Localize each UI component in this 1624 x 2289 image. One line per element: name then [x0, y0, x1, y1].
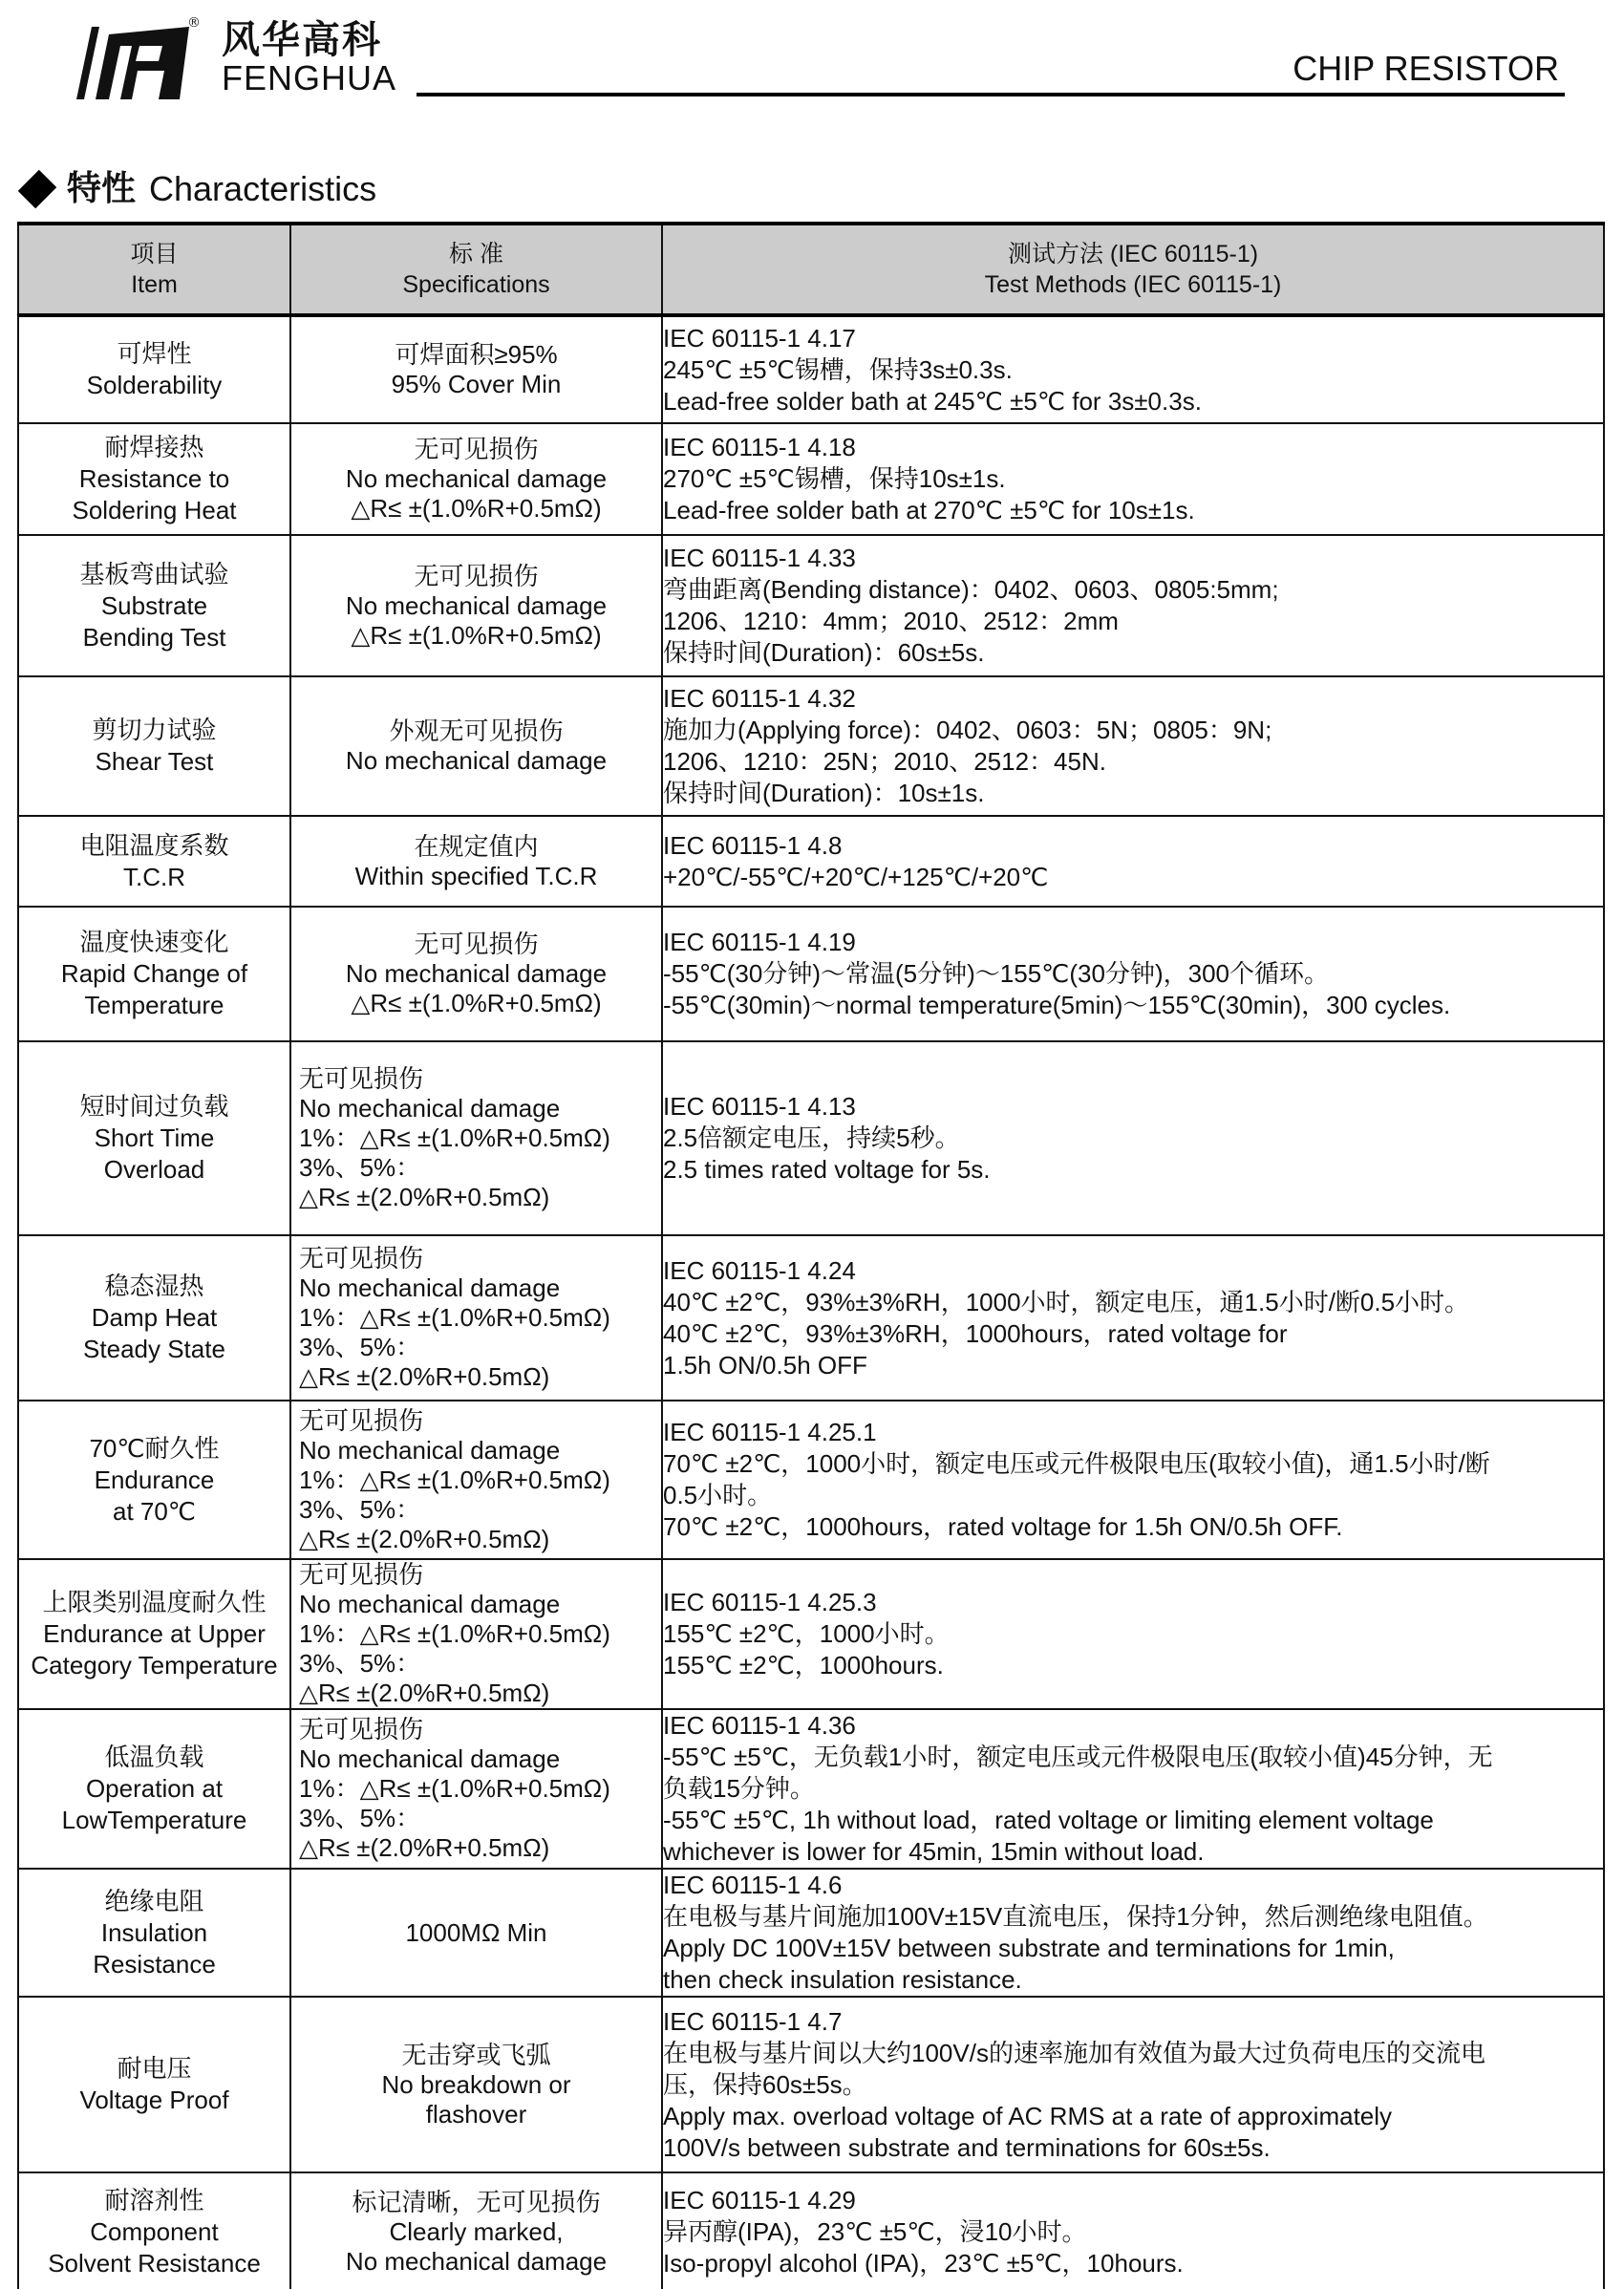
method-cell-line: 270℃ ±5℃锡槽，保持10s±1s. [663, 463, 1603, 495]
method-cell-line: 1206、1210：4mm；2010、2512：2mm [663, 606, 1603, 637]
spec-cell: 标记清晰，无可见损伤Clearly marked,No mechanical d… [290, 2172, 662, 2289]
item-cell: 可焊性Solderability [18, 315, 290, 423]
item-cell-line: 耐焊接热 [19, 432, 289, 463]
item-cell-line: Soldering Heat [19, 495, 289, 526]
spec-cell-line: 外观无可见损伤 [291, 717, 661, 746]
spec-cell: 可焊面积≥95%95% Cover Min [290, 315, 662, 423]
document-type: CHIP RESISTOR [1293, 50, 1559, 88]
spec-cell-line: 在规定值内 [291, 832, 661, 862]
method-cell-line: +20℃/-55℃/+20℃/+125℃/+20℃ [663, 862, 1603, 893]
spec-cell-line: △R≤ ±(2.0%R+0.5mΩ) [299, 1833, 661, 1863]
table-row: 耐电压Voltage Proof无击穿或飞弧No breakdown orfla… [18, 1997, 1604, 2172]
item-cell-line: Rapid Change of [19, 958, 289, 990]
method-cell: IEC 60115-1 4.32施加力(Applying force)：0402… [662, 676, 1604, 816]
spec-cell-line: 标记清晰，无可见损伤 [291, 2188, 661, 2217]
method-cell-line: 弯曲距离(Bending distance)：0402、0603、0805:5m… [663, 574, 1603, 606]
item-cell-line: 剪切力试验 [19, 715, 289, 746]
method-cell-line: 40℃ ±2℃，93%±3%RH，1000小时，额定电压，通1.5小时/断0.5… [663, 1287, 1603, 1318]
spec-cell-line: 无可见损伤 [299, 1406, 661, 1436]
method-cell-line: IEC 60115-1 4.17 [663, 323, 1603, 354]
item-cell-line: Damp Heat [19, 1302, 289, 1334]
method-cell-line: 在电极与基片间以大约100V/s的速率施加有效值为最大过负荷电压的交流电 [663, 2038, 1603, 2069]
item-cell: 耐溶剂性ComponentSolvent Resistance [18, 2172, 290, 2289]
spec-cell: 1000MΩ Min [290, 1869, 662, 1997]
header-divider [417, 93, 1565, 96]
diamond-bullet-icon [18, 170, 56, 208]
item-cell-line: 稳态湿热 [19, 1271, 289, 1302]
method-cell: IEC 60115-1 4.33弯曲距离(Bending distance)：0… [662, 535, 1604, 676]
spec-cell-line: 无击穿或飞弧 [291, 2041, 661, 2070]
spec-cell-line: 3%、5%： [299, 1333, 661, 1362]
method-cell-line: -55℃(30分钟)～常温(5分钟)～155℃(30分钟)，300个循环。 [663, 958, 1603, 990]
item-cell: 剪切力试验Shear Test [18, 676, 290, 816]
spec-cell: 无击穿或飞弧No breakdown orflashover [290, 1997, 662, 2172]
method-cell-line: IEC 60115-1 4.24 [663, 1255, 1603, 1287]
item-cell-line: Operation at [19, 1773, 289, 1805]
method-cell: IEC 60115-1 4.29异丙醇(IPA)，23℃ ±5℃，浸10小时。I… [662, 2172, 1604, 2289]
spec-cell-line: 无可见损伤 [299, 1560, 661, 1590]
method-cell-line: IEC 60115-1 4.8 [663, 830, 1603, 862]
spec-cell-line: Clearly marked, [291, 2217, 661, 2247]
item-cell-line: Resistance to [19, 463, 289, 495]
characteristics-table: 项目 Item 标 准 Specifications 测试方法 (IEC 601… [17, 222, 1605, 2289]
spec-cell: 无可见损伤No mechanical damage1%：△R≤ ±(1.0%R+… [290, 1709, 662, 1869]
column-header-cn: 测试方法 (IEC 60115-1) [663, 239, 1603, 269]
spec-cell-line: No mechanical damage [291, 959, 661, 989]
method-cell-line: Apply max. overload voltage of AC RMS at… [663, 2101, 1603, 2132]
item-cell-line: LowTemperature [19, 1805, 289, 1836]
column-header-en: Item [19, 269, 289, 300]
method-cell: IEC 60115-1 4.36-55℃ ±5℃，无负载1小时，额定电压或元件极… [662, 1709, 1604, 1869]
method-cell: IEC 60115-1 4.6在电极与基片间施加100V±15V直流电压，保持1… [662, 1869, 1604, 1997]
spec-cell-line: 无可见损伤 [299, 1244, 661, 1273]
method-cell: IEC 60115-1 4.25.3155℃ ±2℃，1000小时。155℃ ±… [662, 1559, 1604, 1709]
spec-cell: 无可见损伤No mechanical damage1%：△R≤ ±(1.0%R+… [290, 1401, 662, 1559]
method-cell-line: IEC 60115-1 4.7 [663, 2006, 1603, 2038]
method-cell-line: -55℃ ±5℃，无负载1小时，额定电压或元件极限电压(取较小值)45分钟，无 [663, 1742, 1603, 1773]
table-row: 温度快速变化Rapid Change ofTemperature无可见损伤No … [18, 907, 1604, 1041]
item-cell: 短时间过负载Short TimeOverload [18, 1041, 290, 1235]
table-header-row: 项目 Item 标 准 Specifications 测试方法 (IEC 601… [18, 224, 1604, 315]
item-cell-line: at 70℃ [19, 1496, 289, 1528]
column-header-cn: 标 准 [291, 239, 661, 269]
spec-cell-line: 1%：△R≤ ±(1.0%R+0.5mΩ) [299, 1303, 661, 1333]
section-title: 特性 Characteristics [17, 167, 376, 211]
method-cell-line: 在电极与基片间施加100V±15V直流电压，保持1分钟，然后测绝缘电阻值。 [663, 1901, 1603, 1933]
spec-cell-line: No mechanical damage [291, 2247, 661, 2277]
method-cell-line: IEC 60115-1 4.25.1 [663, 1417, 1603, 1448]
item-cell-line: 上限类别温度耐久性 [19, 1587, 289, 1618]
item-cell-line: Category Temperature [19, 1650, 289, 1681]
method-cell: IEC 60115-1 4.7在电极与基片间以大约100V/s的速率施加有效值为… [662, 1997, 1604, 2172]
method-cell-line: 100V/s between substrate and termination… [663, 2132, 1603, 2164]
method-cell-line: IEC 60115-1 4.33 [663, 543, 1603, 574]
item-cell-line: 绝缘电阻 [19, 1886, 289, 1917]
spec-cell-line: Within specified T.C.R [291, 862, 661, 891]
item-cell-line: Short Time [19, 1123, 289, 1154]
item-cell: 温度快速变化Rapid Change ofTemperature [18, 907, 290, 1041]
method-cell-line: 155℃ ±2℃，1000小时。 [663, 1618, 1603, 1650]
item-cell-line: Substrate [19, 590, 289, 622]
spec-cell-line: △R≤ ±(2.0%R+0.5mΩ) [299, 1679, 661, 1708]
method-cell: IEC 60115-1 4.25.170℃ ±2℃，1000小时，额定电压或元件… [662, 1401, 1604, 1559]
spec-cell-line: 1%：△R≤ ±(1.0%R+0.5mΩ) [299, 1465, 661, 1495]
spec-cell-line: flashover [291, 2100, 661, 2129]
column-header-item: 项目 Item [18, 224, 290, 315]
spec-cell-line: 无可见损伤 [291, 435, 661, 464]
item-cell-line: 基板弯曲试验 [19, 559, 289, 590]
spec-cell-line: 可焊面积≥95% [291, 340, 661, 370]
method-cell-line: 40℃ ±2℃，93%±3%RH，1000hours，rated voltage… [663, 1318, 1603, 1350]
method-cell-line: IEC 60115-1 4.36 [663, 1710, 1603, 1742]
table-row: 短时间过负载Short TimeOverload无可见损伤No mechanic… [18, 1041, 1604, 1235]
item-cell-line: 可焊性 [19, 338, 289, 370]
method-cell-line: IEC 60115-1 4.13 [663, 1091, 1603, 1123]
item-cell: 低温负载Operation atLowTemperature [18, 1709, 290, 1869]
item-cell-line: Resistance [19, 1949, 289, 1980]
spec-cell-line: 3%、5%： [299, 1153, 661, 1183]
spec-cell-line: 无可见损伤 [299, 1715, 661, 1744]
method-cell: IEC 60115-1 4.17245℃ ±5℃锡槽，保持3s±0.3s.Lea… [662, 315, 1604, 423]
spec-cell-line: No mechanical damage [291, 591, 661, 621]
method-cell-line: 155℃ ±2℃，1000hours. [663, 1650, 1603, 1681]
spec-cell: 在规定值内Within specified T.C.R [290, 816, 662, 907]
method-cell-line: IEC 60115-1 4.29 [663, 2185, 1603, 2216]
item-cell-line: Solderability [19, 370, 289, 401]
table-row: 低温负载Operation atLowTemperature无可见损伤No me… [18, 1709, 1604, 1869]
method-cell-line: then check insulation resistance. [663, 1964, 1603, 1996]
spec-cell-line: No mechanical damage [299, 1094, 661, 1123]
spec-cell: 无可见损伤No mechanical damage1%：△R≤ ±(1.0%R+… [290, 1041, 662, 1235]
spec-cell-line: No mechanical damage [299, 1436, 661, 1465]
item-cell-line: Solvent Resistance [19, 2248, 289, 2279]
spec-cell-line: No mechanical damage [291, 746, 661, 776]
table-row: 基板弯曲试验SubstrateBending Test无可见损伤No mecha… [18, 535, 1604, 676]
table-row: 上限类别温度耐久性Endurance at UpperCategory Temp… [18, 1559, 1604, 1709]
method-cell-line: 施加力(Applying force)：0402、0603：5N；0805：9N… [663, 715, 1603, 746]
table-row: 绝缘电阻InsulationResistance1000MΩ MinIEC 60… [18, 1869, 1604, 1997]
column-header-cn: 项目 [19, 239, 289, 269]
column-header-en: Test Methods (IEC 60115-1) [663, 269, 1603, 300]
item-cell: 上限类别温度耐久性Endurance at UpperCategory Temp… [18, 1559, 290, 1709]
item-cell: 电阻温度系数T.C.R [18, 816, 290, 907]
method-cell-line: 0.5小时。 [663, 1480, 1603, 1511]
table-row: 剪切力试验Shear Test外观无可见损伤No mechanical dama… [18, 676, 1604, 816]
item-cell-line: 低温负载 [19, 1742, 289, 1773]
method-cell-line: -55℃ ±5℃, 1h without load，rated voltage … [663, 1805, 1603, 1836]
method-cell-line: Lead-free solder bath at 270℃ ±5℃ for 10… [663, 495, 1603, 526]
spec-cell-line: 无可见损伤 [291, 930, 661, 959]
spec-cell-line: 1%：△R≤ ±(1.0%R+0.5mΩ) [299, 1619, 661, 1649]
table-row: 稳态湿热Damp HeatSteady State无可见损伤No mechani… [18, 1235, 1604, 1401]
method-cell-line: 2.5倍额定电压，持续5秒。 [663, 1123, 1603, 1154]
item-cell-line: 70℃耐久性 [19, 1433, 289, 1465]
method-cell-line: 压，保持60s±5s。 [663, 2069, 1603, 2101]
method-cell: IEC 60115-1 4.132.5倍额定电压，持续5秒。2.5 times … [662, 1041, 1604, 1235]
item-cell: 耐焊接热Resistance toSoldering Heat [18, 423, 290, 535]
item-cell-line: Overload [19, 1154, 289, 1186]
spec-cell-line: △R≤ ±(1.0%R+0.5mΩ) [291, 989, 661, 1018]
brand-name-en: FENGHUA [222, 59, 396, 97]
spec-cell-line: △R≤ ±(1.0%R+0.5mΩ) [291, 494, 661, 524]
item-cell-line: 耐溶剂性 [19, 2185, 289, 2216]
item-cell: 基板弯曲试验SubstrateBending Test [18, 535, 290, 676]
table-row: 电阻温度系数T.C.R在规定值内Within specified T.C.RIE… [18, 816, 1604, 907]
method-cell-line: 保持时间(Duration)：60s±5s. [663, 637, 1603, 669]
method-cell: IEC 60115-1 4.18270℃ ±5℃锡槽，保持10s±1s.Lead… [662, 423, 1604, 535]
item-cell: 耐电压Voltage Proof [18, 1997, 290, 2172]
method-cell: IEC 60115-1 4.19-55℃(30分钟)～常温(5分钟)～155℃(… [662, 907, 1604, 1041]
spec-cell-line: △R≤ ±(2.0%R+0.5mΩ) [299, 1183, 661, 1212]
method-cell: IEC 60115-1 4.2440℃ ±2℃，93%±3%RH，1000小时，… [662, 1235, 1604, 1401]
table-row: 耐焊接热Resistance toSoldering Heat无可见损伤No m… [18, 423, 1604, 535]
spec-cell: 无可见损伤No mechanical damage△R≤ ±(1.0%R+0.5… [290, 423, 662, 535]
item-cell-line: Insulation [19, 1917, 289, 1949]
item-cell-line: Endurance at Upper [19, 1618, 289, 1650]
spec-cell-line: 1%：△R≤ ±(1.0%R+0.5mΩ) [299, 1123, 661, 1153]
spec-cell-line: △R≤ ±(2.0%R+0.5mΩ) [299, 1362, 661, 1392]
fenghua-logo-icon [67, 21, 210, 99]
spec-cell: 无可见损伤No mechanical damage△R≤ ±(1.0%R+0.5… [290, 907, 662, 1041]
spec-cell-line: No mechanical damage [299, 1273, 661, 1303]
spec-cell: 无可见损伤No mechanical damage1%：△R≤ ±(1.0%R+… [290, 1235, 662, 1401]
item-cell-line: Component [19, 2216, 289, 2248]
item-cell-line: Steady State [19, 1334, 289, 1365]
method-cell-line: 70℃ ±2℃，1000小时，额定电压或元件极限电压(取较小值)，通1.5小时/… [663, 1448, 1603, 1480]
item-cell-line: 温度快速变化 [19, 927, 289, 958]
spec-cell: 无可见损伤No mechanical damage1%：△R≤ ±(1.0%R+… [290, 1559, 662, 1709]
table-row: 70℃耐久性Enduranceat 70℃无可见损伤No mechanical … [18, 1401, 1604, 1559]
method-cell-line: 2.5 times rated voltage for 5s. [663, 1154, 1603, 1186]
item-cell: 绝缘电阻InsulationResistance [18, 1869, 290, 1997]
spec-cell-line: △R≤ ±(2.0%R+0.5mΩ) [299, 1525, 661, 1554]
spec-cell-line: No breakdown or [291, 2070, 661, 2100]
method-cell-line: IEC 60115-1 4.6 [663, 1870, 1603, 1901]
spec-cell-line: 1%：△R≤ ±(1.0%R+0.5mΩ) [299, 1774, 661, 1804]
spec-cell-line: No mechanical damage [299, 1744, 661, 1774]
column-header-test-methods: 测试方法 (IEC 60115-1) Test Methods (IEC 601… [662, 224, 1604, 315]
method-cell-line: Apply DC 100V±15V between substrate and … [663, 1933, 1603, 1964]
method-cell-line: 1.5h ON/0.5h OFF [663, 1350, 1603, 1381]
column-header-en: Specifications [291, 269, 661, 300]
item-cell-line: 短时间过负载 [19, 1091, 289, 1123]
method-cell-line: 保持时间(Duration)：10s±1s. [663, 778, 1603, 809]
spec-cell-line: 3%、5%： [299, 1649, 661, 1679]
section-title-en: Characteristics [149, 167, 376, 211]
table-row: 可焊性Solderability可焊面积≥95%95% Cover MinIEC… [18, 315, 1604, 423]
method-cell-line: Iso-propyl alcohol (IPA)，23℃ ±5℃，10hours… [663, 2248, 1603, 2279]
method-cell-line: IEC 60115-1 4.32 [663, 683, 1603, 715]
registered-mark: ® [187, 15, 201, 31]
method-cell-line: IEC 60115-1 4.18 [663, 432, 1603, 463]
spec-cell-line: 无可见损伤 [291, 562, 661, 591]
method-cell-line: -55℃(30min)～normal temperature(5min)～155… [663, 990, 1603, 1021]
spec-cell-line: 1000MΩ Min [291, 1918, 661, 1948]
brand-name-cn: 风华高科 [222, 19, 382, 61]
item-cell: 70℃耐久性Enduranceat 70℃ [18, 1401, 290, 1559]
spec-cell-line: No mechanical damage [299, 1590, 661, 1619]
item-cell-line: 电阻温度系数 [19, 830, 289, 862]
item-cell-line: T.C.R [19, 862, 289, 893]
method-cell-line: 异丙醇(IPA)，23℃ ±5℃，浸10小时。 [663, 2216, 1603, 2248]
method-cell-line: 70℃ ±2℃，1000hours，rated voltage for 1.5h… [663, 1511, 1603, 1543]
spec-cell-line: 3%、5%： [299, 1804, 661, 1833]
method-cell-line: 1206、1210：25N；2010、2512：45N. [663, 746, 1603, 778]
method-cell-line: IEC 60115-1 4.25.3 [663, 1587, 1603, 1618]
method-cell: IEC 60115-1 4.8+20℃/-55℃/+20℃/+125℃/+20℃ [662, 816, 1604, 907]
spec-cell-line: 95% Cover Min [291, 370, 661, 399]
spec-cell-line: No mechanical damage [291, 464, 661, 494]
item-cell-line: Temperature [19, 990, 289, 1021]
method-cell-line: 245℃ ±5℃锡槽，保持3s±0.3s. [663, 354, 1603, 386]
spec-cell-line: 无可见损伤 [299, 1064, 661, 1094]
method-cell-line: 负载15分钟。 [663, 1773, 1603, 1805]
column-header-specifications: 标 准 Specifications [290, 224, 662, 315]
method-cell-line: Lead-free solder bath at 245℃ ±5℃ for 3s… [663, 386, 1603, 417]
section-title-cn: 特性 [67, 167, 136, 211]
item-cell: 稳态湿热Damp HeatSteady State [18, 1235, 290, 1401]
item-cell-line: Voltage Proof [19, 2085, 289, 2116]
spec-cell-line: 3%、5%： [299, 1495, 661, 1525]
method-cell-line: whichever is lower for 45min, 15min with… [663, 1836, 1603, 1868]
item-cell-line: Bending Test [19, 622, 289, 653]
item-cell-line: Endurance [19, 1465, 289, 1496]
spec-cell: 外观无可见损伤No mechanical damage [290, 676, 662, 816]
item-cell-line: Shear Test [19, 746, 289, 778]
method-cell-line: IEC 60115-1 4.19 [663, 927, 1603, 958]
item-cell-line: 耐电压 [19, 2053, 289, 2085]
spec-cell-line: △R≤ ±(1.0%R+0.5mΩ) [291, 621, 661, 651]
table-row: 耐溶剂性ComponentSolvent Resistance标记清晰，无可见损… [18, 2172, 1604, 2289]
spec-cell: 无可见损伤No mechanical damage△R≤ ±(1.0%R+0.5… [290, 535, 662, 676]
